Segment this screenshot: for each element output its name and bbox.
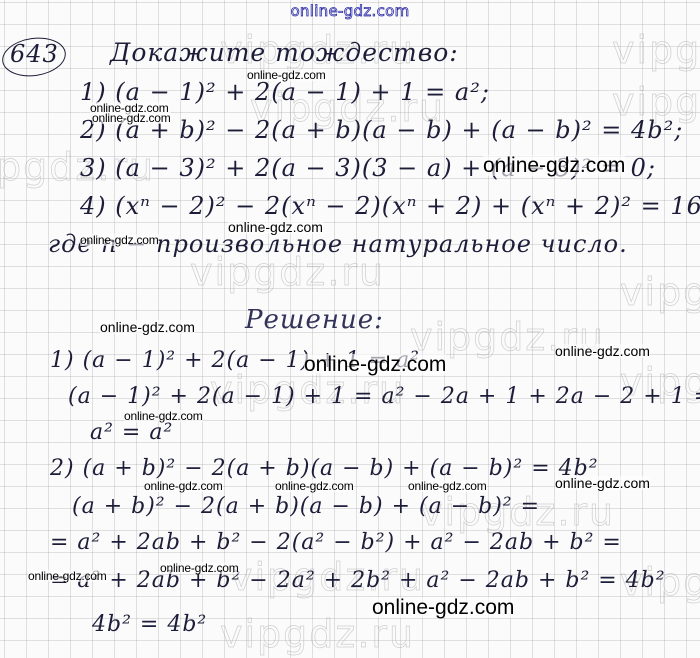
site-banner[interactable]: online-gdz.com <box>0 2 700 20</box>
watermark-link[interactable]: online-gdz.com <box>372 597 514 618</box>
item-expression: (a − 1)² + 2(a − 1) + 1 = a²; <box>115 78 490 106</box>
solution-expression: (a + b)² − 2(a + b)(a − b) + (a − b)² = … <box>83 456 599 481</box>
item-expression: (a + b)² − 2(a + b)(a − b) + (a − b)² = … <box>115 116 683 144</box>
solution-title: Решение: <box>245 305 384 335</box>
task-item-4: 4) (xⁿ − 2)² − 2(xⁿ − 2)(xⁿ + 2) + (xⁿ +… <box>80 192 700 220</box>
watermark-link[interactable]: online-gdz.com <box>228 220 323 234</box>
item-expression: (xⁿ − 2)² − 2(xⁿ − 2)(xⁿ + 2) + (xⁿ + 2)… <box>115 192 700 220</box>
watermark-link[interactable]: online-gdz.com <box>144 480 223 492</box>
solution-2-line-2: (a + b)² − 2(a + b)(a − b) + (a − b)² = <box>72 494 540 519</box>
watermark-link[interactable]: online-gdz.com <box>100 320 195 334</box>
watermark-link[interactable]: online-gdz.com <box>92 112 171 124</box>
watermark-link[interactable]: online-gdz.com <box>28 570 107 582</box>
part-label: 1) <box>50 348 75 373</box>
solution-2-line-1: 2) (a + b)² − 2(a + b)(a − b) + (a − b)²… <box>50 456 599 481</box>
watermark-link[interactable]: online-gdz.com <box>80 234 159 246</box>
watermark-link[interactable]: online-gdz.com <box>124 410 203 422</box>
watermark-link[interactable]: online-gdz.com <box>483 155 625 176</box>
solution-2-line-3: = a² + 2ab + b² − 2(a² − b²) + a² − 2ab … <box>50 530 622 555</box>
item-label: 3) <box>80 154 107 182</box>
task-number: 643 <box>10 40 59 68</box>
background-watermark: vipg <box>612 28 700 72</box>
task-statement: Докажите тождество: <box>110 38 459 67</box>
watermark-link[interactable]: online-gdz.com <box>247 69 326 81</box>
solution-2-line-4: = a² + 2ab + b² − 2a² + 2b² + a² − 2ab +… <box>50 568 666 593</box>
watermark-link[interactable]: online-gdz.com <box>275 480 354 492</box>
watermark-link[interactable]: online-gdz.com <box>160 562 239 574</box>
notebook-page: vipgdz.ru vipg vipgdz.ru vipg vipgdz.ru … <box>0 0 700 658</box>
item-label: 4) <box>80 192 107 220</box>
part-label: 2) <box>50 456 75 481</box>
solution-2-line-5: 4b² = 4b² <box>92 612 207 637</box>
background-watermark: vipg <box>620 270 700 314</box>
watermark-link[interactable]: online-gdz.com <box>555 476 650 490</box>
watermark-link[interactable]: online-gdz.com <box>408 480 487 492</box>
watermark-link[interactable]: online-gdz.com <box>555 344 650 358</box>
solution-1-line-3: a² = a² <box>90 420 173 445</box>
watermark-link[interactable]: online-gdz.com <box>304 354 446 375</box>
solution-1-line-2: (a − 1)² + 2(a − 1) + 1 = a² − 2a + 1 + … <box>68 384 700 409</box>
